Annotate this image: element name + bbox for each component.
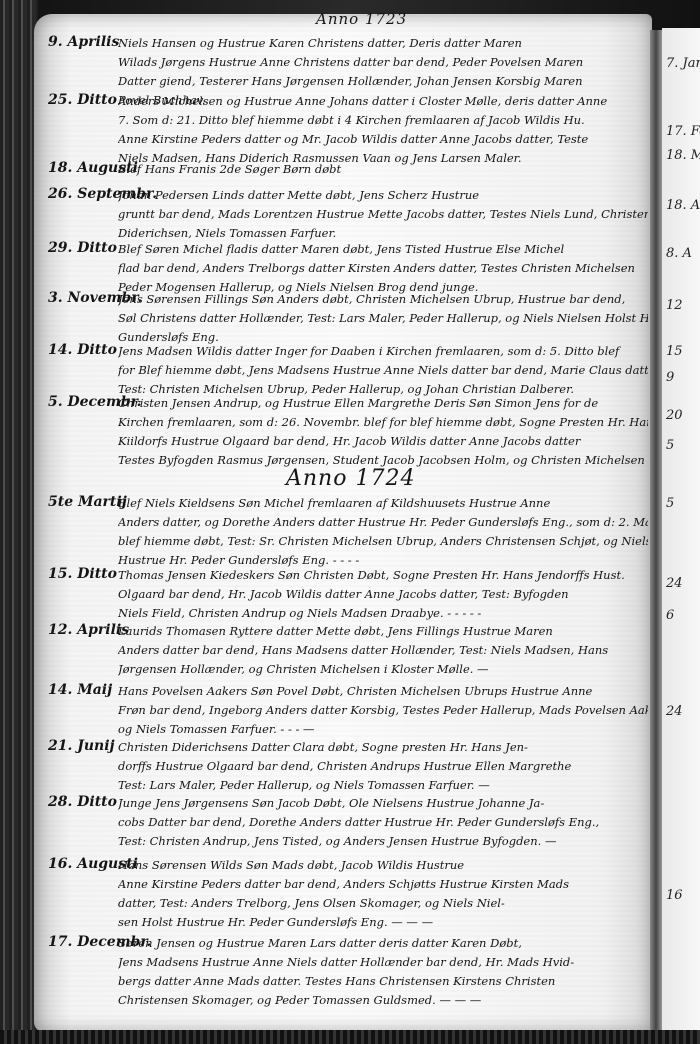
- binding-edge-left: [0, 0, 38, 1044]
- entry-line: Blef Søren Michel fladis datter Maren dø…: [118, 240, 648, 259]
- entry-line: Frøn bar dend, Ingeborg Anders datter Ko…: [118, 701, 648, 720]
- entry-line: for Blef hiemme døbt, Jens Madsens Hustr…: [118, 361, 648, 380]
- entry-line: Junge Jens Jørgensens Søn Jacob Døbt, Ol…: [118, 794, 648, 813]
- entry-date: 12. Aprilis: [48, 622, 129, 638]
- entry-line: Hans Sørensen Wilds Søn Mads døbt, Jacob…: [118, 856, 648, 875]
- entry-line: 7. Som d: 21. Ditto blef hiemme døbt i 4…: [118, 111, 648, 130]
- entry-date: 14. Ditto: [48, 342, 117, 358]
- entry-date: 9. Aprilis: [48, 34, 119, 50]
- entry-line: dorffs Hustrue Olgaard bar dend, Christe…: [118, 757, 648, 776]
- entry-date: 28. Ditto: [48, 794, 117, 810]
- entry-date: 15. Ditto: [48, 566, 117, 582]
- entry-line: Jørgensen Hollænder, og Christen Michels…: [118, 660, 648, 679]
- entry-line: Laurids Thomasen Ryttere datter Mette dø…: [118, 622, 648, 641]
- margin-date: 17. Fe: [666, 124, 700, 139]
- year-heading-1723: Anno 1723: [316, 10, 407, 28]
- entry-line: bergs datter Anne Mads datter. Testes Ha…: [118, 972, 648, 991]
- entry-line: Christen Jensen Andrup, og Hustrue Ellen…: [118, 394, 648, 413]
- book-gutter: [650, 30, 662, 1030]
- entry-date: 5te Martij: [48, 494, 127, 510]
- entry-line: Datter giend, Testerer Hans Jørgensen Ho…: [118, 72, 648, 91]
- margin-date: 24: [666, 576, 683, 591]
- entry-line: Jens Sørensen Fillings Søn Anders døbt, …: [118, 290, 648, 309]
- entry-date: 14. Maij: [48, 682, 112, 698]
- entry-line: Blef Hans Franis 2de Søger Børn døbt: [118, 160, 648, 179]
- entry-line: Test: Lars Maler, Peder Hallerup, og Nie…: [118, 776, 648, 795]
- entry-line: Thomas Jensen Kiedeskers Søn Christen Dø…: [118, 566, 648, 585]
- entry-line: Test: Christen Andrup, Jens Tisted, og A…: [118, 832, 648, 851]
- entry-line: Niels Hansen og Hustrue Karen Christens …: [118, 34, 648, 53]
- entry-line: Johan Pedersen Linds datter Mette døbt, …: [118, 186, 648, 205]
- entry-line: Jens Madsens Hustrue Anne Niels datter H…: [118, 953, 648, 972]
- margin-date: 7. Jan: [666, 56, 700, 71]
- margin-date: 5: [666, 438, 674, 453]
- entry-line: datter, Test: Anders Trelborg, Jens Olse…: [118, 894, 648, 913]
- margin-date: 6: [666, 608, 674, 623]
- entry-line: flad bar dend, Anders Trelborgs datter K…: [118, 259, 648, 278]
- entry-line: Olgaard bar dend, Hr. Jacob Wildis datte…: [118, 585, 648, 604]
- entry-line: Hans Povelsen Aakers Søn Povel Døbt, Chr…: [118, 682, 648, 701]
- entry-line: Wilads Jørgens Hustrue Anne Christens da…: [118, 53, 648, 72]
- entry-line: Anders datter, og Dorethe Anders datter …: [118, 513, 648, 532]
- margin-date: 24: [666, 704, 683, 719]
- entry-line: sen Holst Hustrue Hr. Peder Gundersløfs …: [118, 913, 648, 932]
- entry-date: 29. Ditto: [48, 240, 117, 256]
- margin-date: 8. A: [666, 246, 692, 261]
- entry-line: blef hiemme døbt, Test: Sr. Christen Mic…: [118, 532, 648, 551]
- margin-date: 18. M: [666, 148, 700, 163]
- entry-line: gruntt bar dend, Mads Lorentzen Hustrue …: [118, 205, 648, 224]
- binding-edge-bottom: [0, 1030, 700, 1044]
- adjacent-page-strip: 7. Jan 17. Fe 18. M 18. A 8. A 12 15 9 2…: [662, 28, 700, 1032]
- entry-line: Søren Jensen og Hustrue Maren Lars datte…: [118, 934, 648, 953]
- margin-date: 20: [666, 408, 683, 423]
- entry-line: Søl Christens datter Hollænder, Test: La…: [118, 309, 648, 328]
- entry-line: Christensen Skomager, og Peder Tomassen …: [118, 991, 648, 1010]
- entry-date: 25. Ditto: [48, 92, 117, 108]
- entry-date: 21. Junij: [48, 738, 115, 754]
- margin-date: 5: [666, 496, 674, 511]
- entry-line: og Niels Tomassen Farfuer. - - - —: [118, 720, 648, 739]
- margin-date: 18. A: [666, 198, 700, 213]
- entry-line: Kirchen fremlaaren, som d: 26. Novembr. …: [118, 413, 648, 432]
- margin-date: 15: [666, 344, 683, 359]
- entry-line: Anne Kirstine Peders datter og Mr. Jacob…: [118, 130, 648, 149]
- entry-line: Anne Kirstine Peders datter bar dend, An…: [118, 875, 648, 894]
- entry-line: Jens Madsen Wildis datter Inger for Daab…: [118, 342, 648, 361]
- entry-line: Testes Byfogden Rasmus Jørgensen, Studen…: [118, 451, 648, 470]
- entry-line: Blef Niels Kieldsens Søn Michel fremlaar…: [118, 494, 648, 513]
- entry-line: Niels Field, Christen Andrup og Niels Ma…: [118, 604, 648, 623]
- entry-line: Anders datter bar dend, Hans Madsens dat…: [118, 641, 648, 660]
- margin-date: 12: [666, 298, 683, 313]
- margin-date: 9: [666, 370, 674, 385]
- entry-line: Kiildorfs Hustrue Olgaard bar dend, Hr. …: [118, 432, 648, 451]
- entry-line: Anders Michelsen og Hustrue Anne Johans …: [118, 92, 648, 111]
- entry-line: Christen Diderichsens Datter Clara døbt,…: [118, 738, 648, 757]
- margin-date: 16: [666, 888, 683, 903]
- entry-line: cobs Datter bar dend, Dorethe Anders dat…: [118, 813, 648, 832]
